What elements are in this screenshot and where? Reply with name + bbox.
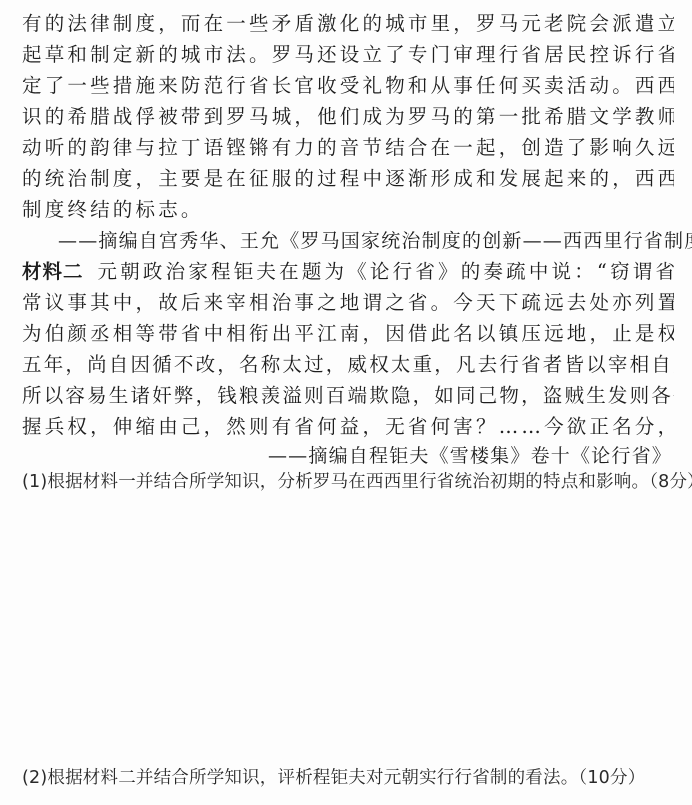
question-1-points: （8分） [649,472,692,492]
material-one-line: 识的希腊战俘被带到罗马城，他们成为罗马的第一批希腊文学教师。其中的杰出者将希腊语 [22,105,674,129]
material-two-line: 常议事其中，故后来宰相治事之地谓之省。今天下疏远去处亦列置行省，此何义也？当初只 [22,291,674,315]
material-one-line: 制度终结的标志。 [22,198,674,222]
material-one-line: 动听的韵律与拉丁语铿锵有力的音节结合在一起，创造了影响久远的拉丁文学。罗马对行省 [22,136,674,160]
question-1-text: 根据材料一并结合所学知识，分析罗马在西西里行省统治初期的特点和影响。 [47,472,649,492]
question-2: (2)根据材料二并结合所学知识，评析程钜夫对元朝实行行省制的看法。（10分） [22,766,645,790]
question-1-number: (1) [22,472,47,492]
question-2-text: 根据材料二并结合所学知识，评析程钜夫对元朝实行行省制的看法。 [47,768,578,788]
material-one-citation: ——摘编自宫秀华、王允《罗马国家统治制度的创新——西西里行省制度的建立与运作》 [58,229,692,253]
material-one-line: 定了一些措施来防范行省长官收受礼物和从事任何买卖活动。西西里行省建立后，一批有学 [22,74,674,98]
exam-page: 有的法律制度，而在一些矛盾激化的城市里，罗马元老院会派遣立法委员会参照罗马法重新… [0,0,692,805]
material-two-line: 握兵权，伸缩由己，然则有省何益，无省何害？……今欲正名分，省冗官，宜罢诸处行省。… [22,415,674,439]
material-two-citation: ——摘编自程钜夫《雪楼集》卷十《论行省》 [268,444,672,468]
material-one-line: 有的法律制度，而在一些矛盾激化的城市里，罗马元老院会派遣立法委员会参照罗马法重新 [22,12,674,36]
question-1: (1)根据材料一并结合所学知识，分析罗马在西西里行省统治初期的特点和影响。（8分… [22,470,692,494]
question-1-answer-area[interactable] [22,500,672,755]
material-one-line: 的统治制度，主要是在征服的过程中逐渐形成和发展起来的，西西里行省的建立是罗马城邦 [22,167,674,191]
material-two-line: 元朝政治家程钜夫在题为《论行省》的奏疏中说：“窃谓省者，古来宫禁之别名，宰相 [98,260,674,283]
material-two-first-line: 材料二元朝政治家程钜夫在题为《论行省》的奏疏中说：“窃谓省者，古来宫禁之别名，宰… [22,260,674,284]
material-two-line: 所以容易生诸奸弊，钱粮羡溢则百端欺隐，如同己物，盗贼生发则各保界分，不相接应，甚… [22,384,674,408]
material-one-line: 起草和制定新的城市法。罗马还设立了专门审理行省居民控诉行省总督案件的特殊法庭，制 [22,43,674,67]
material-two-label: 材料二 [22,260,84,283]
question-2-number: (2) [22,768,47,788]
material-two-line: 为伯颜丞相等带省中相衔出平江南，因借此名以镇压远地，止是权宜之制。今江南平定已十 [22,322,674,346]
material-two-line: 五年，尚自因循不改，名称太过，威权太重，凡去行省者皆以宰相自负，骄倨纵横，无敢谁… [22,353,674,377]
question-2-points: （10分） [578,768,645,788]
